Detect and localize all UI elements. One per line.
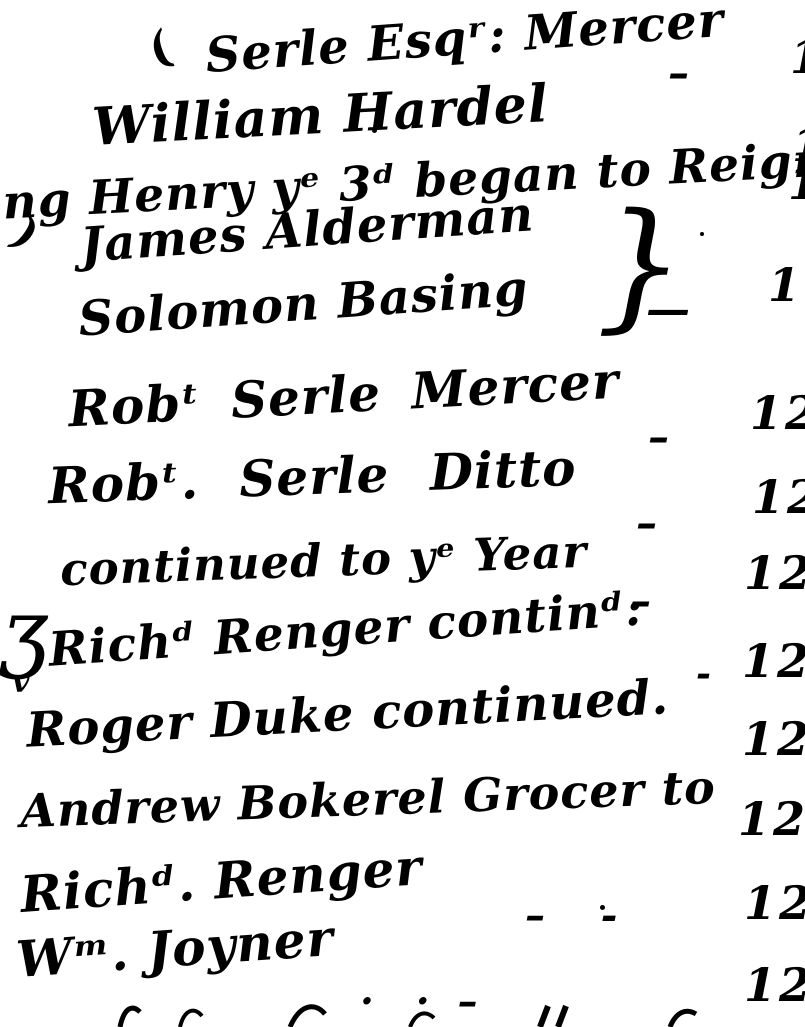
dash-mark: —	[646, 288, 690, 332]
manuscript-line-robt-serle-mercer: Robᵗ Serle Mercer	[67, 356, 620, 435]
manuscript-line-richd-renger-contind: Richᵈ Renger continᵈ:	[47, 585, 645, 673]
dash-mark: –	[648, 416, 669, 458]
manuscript-line-rob-serle-ditto: Robᵗ. Serle Ditto	[47, 443, 577, 511]
year-value: 1	[788, 160, 805, 206]
manuscript-line-serle-esq-mercer: Serle Esqʳ: Mercer	[204, 0, 726, 80]
margin-tick-mark: v	[12, 668, 29, 698]
ink-speck	[700, 232, 704, 236]
manuscript-line-continued-to-year: continued to yᵉ Year	[59, 529, 587, 592]
margin-flourish-mark: ʒ	[0, 588, 49, 674]
manuscript-line-richd-renger: Richᵈ. Renger	[19, 842, 424, 920]
year-value: 12	[744, 550, 805, 596]
ink-speck	[372, 128, 377, 133]
bottom-cutoff-strokes	[110, 1000, 730, 1027]
dash-mark: ‐	[696, 656, 711, 692]
year-value: 1	[768, 262, 803, 308]
dash-mark: –	[668, 52, 689, 94]
dash-mark: – ‐	[525, 896, 617, 936]
year-value: 12	[742, 716, 805, 762]
year-value: 12	[738, 796, 805, 842]
year-value: 12	[742, 638, 805, 684]
year-value: 12	[752, 474, 805, 520]
ink-speck	[600, 905, 605, 910]
year-value: 12	[750, 390, 805, 436]
manuscript-line-william-hardel: William Hardel	[91, 78, 550, 154]
manuscript-line-solomon-basing: Solomon Basing	[77, 264, 530, 343]
year-value: 12	[744, 880, 805, 926]
dash-mark: –	[636, 502, 657, 544]
year-value: 1	[790, 34, 805, 80]
manuscript-line-roger-duke: Roger Duke continued.	[25, 673, 670, 755]
manuscript-page: ( Serle Esqʳ: Mercer – 1 William Hardel …	[0, 0, 805, 1027]
manuscript-line-wm-joyner: Wᵐ. Joyner	[15, 913, 336, 985]
manuscript-line-andrew-bokerel: Andrew Bokerel Grocer to	[19, 764, 716, 834]
year-value: 12	[744, 962, 805, 1008]
flourish-serle-lead: (	[140, 26, 180, 75]
